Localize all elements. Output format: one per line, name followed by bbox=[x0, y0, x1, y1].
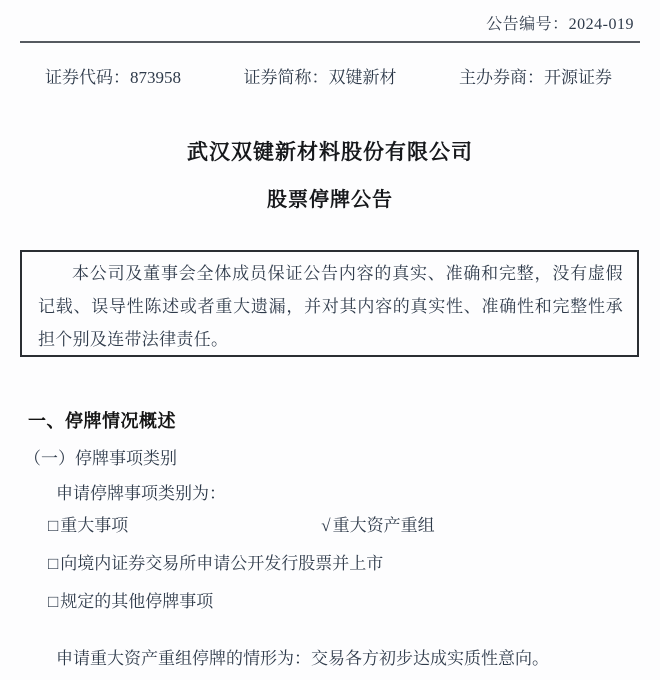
disclaimer-text: 本公司及董事会全体成员保证公告内容的真实、准确和完整，没有虚假记载、误导性陈述或… bbox=[38, 257, 623, 356]
header-divider bbox=[20, 41, 640, 43]
announcement-number: 公告编号：2024-019 bbox=[486, 11, 634, 34]
document-title: 股票停牌公告 bbox=[0, 183, 660, 212]
company-title: 武汉双键新材料股份有限公司 bbox=[0, 136, 660, 166]
option-label-public-offering-listing: 向境内证券交易所申请公开发行股票并上市 bbox=[60, 554, 383, 573]
option-row-1: □重大事项 √重大资产重组 bbox=[48, 507, 435, 545]
checkmark-icon: √ bbox=[321, 516, 330, 535]
checkbox-unchecked-icon: □ bbox=[48, 592, 58, 611]
sponsor-broker: 主办券商：开源证券 bbox=[459, 63, 612, 88]
option-label-other-suspension-matters: 规定的其他停牌事项 bbox=[60, 592, 213, 611]
option-row-2: □向境内证券交易所申请公开发行股票并上市 bbox=[48, 545, 435, 583]
suspension-category-options: □重大事项 √重大资产重组 □向境内证券交易所申请公开发行股票并上市 □规定的其… bbox=[48, 507, 435, 621]
category-intro-text: 申请停牌事项类别为： bbox=[56, 479, 226, 504]
option-major-event: □重大事项 bbox=[48, 507, 317, 545]
checkbox-unchecked-icon: □ bbox=[48, 554, 58, 573]
disclaimer-box: 本公司及董事会全体成员保证公告内容的真实、准确和完整，没有虚假记载、误导性陈述或… bbox=[20, 250, 639, 357]
securities-short-name: 证券简称：双键新材 bbox=[244, 63, 397, 88]
option-major-asset-restructuring: √重大资产重组 bbox=[321, 516, 434, 535]
suspension-reason-text: 申请重大资产重组停牌的情形为：交易各方初步达成实质性意向。 bbox=[56, 644, 549, 669]
option-label-major-event: 重大事项 bbox=[60, 516, 128, 535]
section-heading-suspension-overview: 一、停牌情况概述 bbox=[28, 407, 176, 433]
announcement-document: 公告编号：2024-019 证券代码：873958 证券简称：双键新材 主办券商… bbox=[0, 0, 660, 680]
checkbox-unchecked-icon: □ bbox=[48, 516, 58, 535]
securities-info-row: 证券代码：873958 证券简称：双键新材 主办券商：开源证券 bbox=[45, 63, 612, 88]
option-label-major-asset-restructuring: 重大资产重组 bbox=[333, 516, 435, 535]
option-row-3: □规定的其他停牌事项 bbox=[48, 583, 435, 621]
subsection-suspension-category: （一）停牌事项类别 bbox=[24, 444, 177, 469]
securities-code: 证券代码：873958 bbox=[45, 63, 181, 88]
option-other-suspension-matters: □规定的其他停牌事项 bbox=[48, 592, 213, 611]
option-public-offering-listing: □向境内证券交易所申请公开发行股票并上市 bbox=[48, 554, 383, 573]
